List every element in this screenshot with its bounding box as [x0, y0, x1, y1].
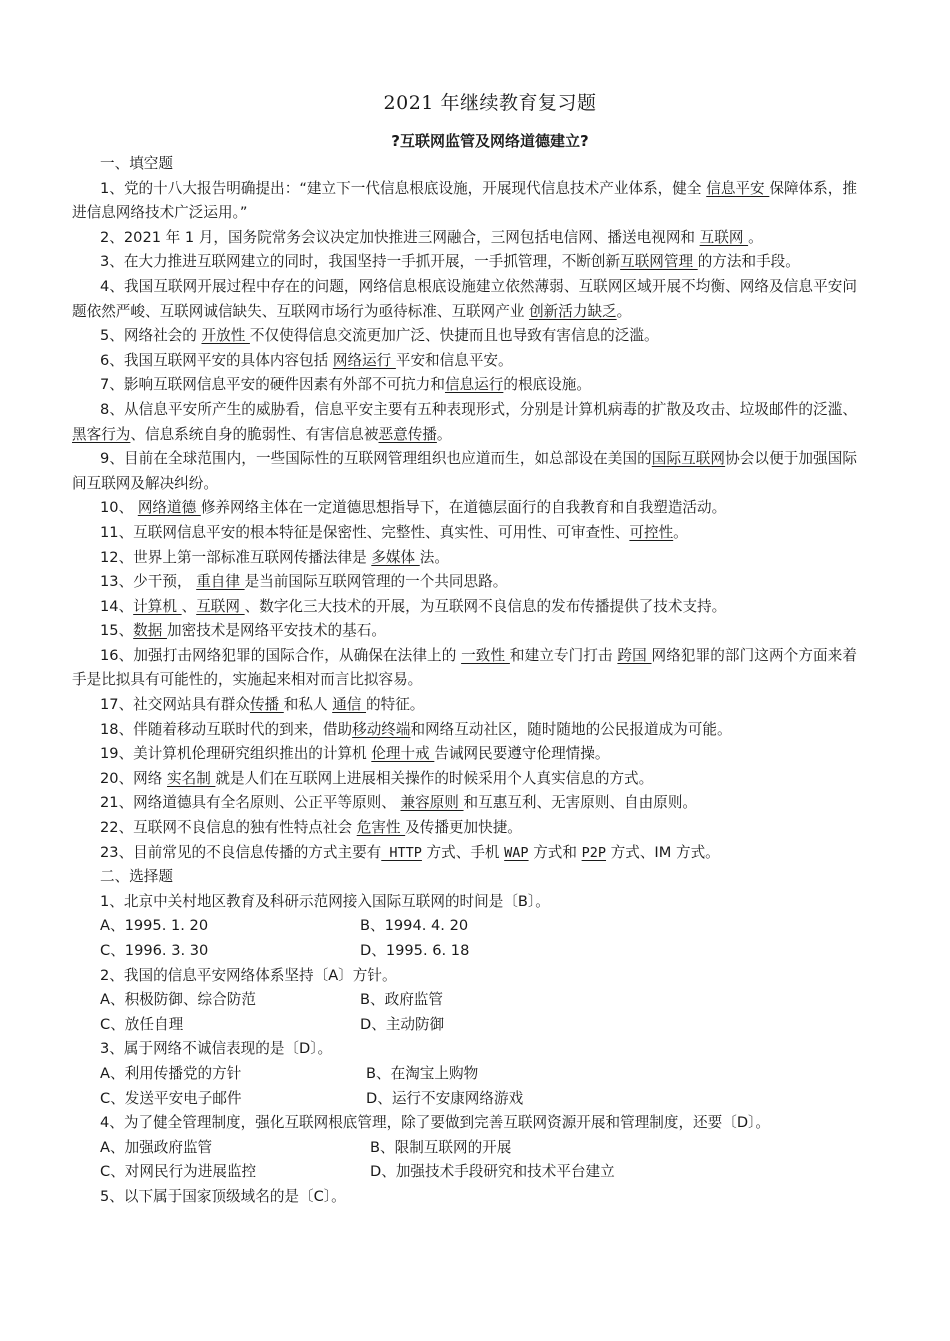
item-text: 加强打击网络犯罪的国际合作，从确保在法律上的 — [133, 647, 461, 664]
answer-blank: HTTP — [381, 845, 422, 861]
answer-blank: 互联网 — [196, 598, 244, 615]
item-text: 。 — [673, 524, 688, 541]
answer-blank: 黑客行为 — [72, 426, 130, 443]
fill-blank-item: 14、计算机 、互联网 、数字化三大技术的开展，为互联网不良信息的发布传播提供了… — [72, 595, 857, 620]
item-text: 。 — [437, 426, 452, 443]
answer-blank: 可控性 — [629, 524, 673, 541]
item-text: 、数字化三大技术的开展，为互联网不良信息的发布传播提供了技术支持。 — [245, 598, 727, 615]
option-row: A、积极防御、综合防范B、政府监管 — [72, 988, 857, 1013]
option-a: A、积极防御、综合防范 — [100, 988, 360, 1013]
item-number: 22、 — [100, 819, 133, 836]
item-text: 方式和 — [529, 844, 582, 861]
fill-blank-item: 2、2021 年 1 月，国务院常务会议决定加快推进三网融合，三网包括电信网、播… — [72, 226, 857, 251]
fill-blank-item: 22、互联网不良信息的独有性特点社会 危害性 及传播更加快捷。 — [72, 816, 857, 841]
answer-blank: 创新活力缺乏 — [529, 303, 617, 320]
item-text: 我国互联网开展过程中存在的问题，网络信息根底设施建立依然薄弱、互联网区域开展不均… — [72, 278, 857, 320]
item-number: 16、 — [100, 647, 133, 664]
item-text: 我国互联网平安的具体内容包括 — [124, 352, 333, 369]
answer-blank: 一致性 — [461, 647, 510, 664]
fill-blank-item: 12、世界上第一部标准互联网传播法律是 多媒体 法。 — [72, 546, 857, 571]
item-text: 网络道德具有全名原则、公正平等原则、 — [133, 794, 400, 811]
fill-blank-list: 1、党的十八大报告明确提出：“建立下一代信息根底设施，开展现代信息技术产业体系，… — [72, 177, 857, 866]
item-text: 方式、手机 — [422, 844, 504, 861]
document-body: 一、填空题 1、党的十八大报告明确提出：“建立下一代信息根底设施，开展现代信息技… — [72, 152, 857, 1210]
option-row: C、发送平安电子邮件D、运行不安康网络游戏 — [72, 1087, 857, 1112]
option-c: C、发送平安电子邮件 — [100, 1087, 366, 1112]
item-text: 和网络互动社区，随时随地的公民报道成为可能。 — [410, 721, 731, 738]
option-a: A、1995. 1. 20 — [100, 914, 360, 939]
question-stem: 5、以下属于国家顶级域名的是〔C〕。 — [72, 1185, 857, 1210]
item-text: 。 — [617, 303, 632, 320]
option-row: C、对网民行为进展监控D、加强技术手段研究和技术平台建立 — [72, 1160, 857, 1185]
option-row: A、加强政府监管B、限制互联网的开展 — [72, 1136, 857, 1161]
fill-blank-item: 5、网络社会的 开放性 不仅使得信息交流更加广泛、快捷而且也导致有害信息的泛滥。 — [72, 324, 857, 349]
item-text: 党的十八大报告明确提出：“建立下一代信息根底设施，开展现代信息技术产业体系，健全 — [124, 180, 706, 197]
item-text: 是当前国际互联网管理的一个共同思路。 — [245, 573, 508, 590]
item-number: 12、 — [100, 549, 133, 566]
fill-blank-item: 8、从信息平安所产生的威胁看，信息平安主要有五种表现形式，分别是计算机病毒的扩散… — [72, 398, 857, 447]
option-row: C、1996. 3. 30D、1995. 6. 18 — [72, 939, 857, 964]
item-number: 7、 — [100, 376, 124, 393]
answer-blank: 实名制 — [167, 770, 215, 787]
item-number: 9、 — [100, 450, 124, 467]
fill-blank-item: 15、数据 加密技术是网络平安技术的基石。 — [72, 619, 857, 644]
item-number: 21、 — [100, 794, 133, 811]
item-number: 2、 — [100, 229, 124, 246]
answer-blank: P2P — [582, 845, 606, 861]
item-number: 18、 — [100, 721, 133, 738]
item-text: 平安和信息平安。 — [396, 352, 513, 369]
answer-blank: 重自律 — [196, 573, 244, 590]
option-c: C、放任自理 — [100, 1013, 360, 1038]
option-b: B、在淘宝上购物 — [366, 1062, 857, 1087]
fill-blank-item: 13、少干预， 重自律 是当前国际互联网管理的一个共同思路。 — [72, 570, 857, 595]
item-number: 23、 — [100, 844, 133, 861]
item-text: 互联网信息平安的根本特征是保密性、完整性、真实性、可用性、可审查性、 — [133, 524, 629, 541]
item-number: 10、 — [100, 499, 133, 516]
item-number: 8、 — [100, 401, 124, 418]
answer-blank: 计算机 — [133, 598, 181, 615]
option-row: A、1995. 1. 20B、1994. 4. 20 — [72, 914, 857, 939]
fill-blank-item: 11、互联网信息平安的根本特征是保密性、完整性、真实性、可用性、可审查性、可控性… — [72, 521, 857, 546]
item-text: 少干预， — [133, 573, 196, 590]
option-d: D、主动防御 — [360, 1013, 857, 1038]
item-number: 6、 — [100, 352, 124, 369]
option-c: C、1996. 3. 30 — [100, 939, 360, 964]
item-number: 1、 — [100, 180, 124, 197]
item-text: 就是人们在互联网上进展相关操作的时候采用个人真实信息的方式。 — [215, 770, 653, 787]
option-b: B、限制互联网的开展 — [370, 1136, 857, 1161]
option-a: A、加强政府监管 — [100, 1136, 370, 1161]
answer-blank: 多媒体 — [371, 549, 419, 566]
fill-blank-item: 3、在大力推进互联网建立的同时，我国坚持一手抓开展，一手抓管理，不断创新互联网管… — [72, 250, 857, 275]
section-heading-choice: 二、选择题 — [72, 865, 857, 890]
item-text: 和互惠互利、无害原则、自由原则。 — [464, 794, 698, 811]
option-d: D、加强技术手段研究和技术平台建立 — [370, 1160, 857, 1185]
question-stem: 4、为了健全管理制度，强化互联网根底管理，除了要做到完善互联网资源开展和管理制度… — [72, 1111, 857, 1136]
option-c: C、对网民行为进展监控 — [100, 1160, 370, 1185]
answer-blank: WAP — [504, 845, 528, 861]
question-stem: 1、北京中关村地区教育及科研示范网接入国际互联网的时间是〔B〕。 — [72, 890, 857, 915]
item-text: 的根底设施。 — [503, 376, 591, 393]
item-number: 14、 — [100, 598, 133, 615]
item-number: 5、 — [100, 327, 124, 344]
item-text: 不仅使得信息交流更加广泛、快捷而且也导致有害信息的泛滥。 — [250, 327, 659, 344]
question-stem: 3、属于网络不诚信表现的是〔D〕。 — [72, 1037, 857, 1062]
item-text: 社交网站具有群众 — [133, 696, 250, 713]
fill-blank-item: 17、社交网站具有群众传播 和私人 通信 的特征。 — [72, 693, 857, 718]
answer-blank: 兼容原则 — [401, 794, 464, 811]
item-number: 19、 — [100, 745, 133, 762]
item-text: 美计算机伦理研究组织推出的计算机 — [133, 745, 371, 762]
fill-blank-item: 16、加强打击网络犯罪的国际合作，从确保在法律上的 一致性 和建立专门打击 跨国… — [72, 644, 857, 693]
answer-blank: 互联网管理 — [620, 253, 698, 270]
answer-blank: 跨国 — [617, 647, 651, 664]
question-stem: 2、我国的信息平安网络体系坚持〔A〕方针。 — [72, 964, 857, 989]
item-text: 互联网不良信息的独有性特点社会 — [133, 819, 357, 836]
item-number: 20、 — [100, 770, 133, 787]
item-text: 和建立专门打击 — [510, 647, 618, 664]
fill-blank-item: 10、 网络道德 修养网络主体在一定道德思想指导下，在道德层面行的自我教育和自我… — [72, 496, 857, 521]
document-title: 2021 年继续教育复习题 — [0, 88, 950, 115]
item-text: 目前常见的不良信息传播的方式主要有 — [133, 844, 381, 861]
option-d: D、1995. 6. 18 — [360, 939, 857, 964]
fill-blank-item: 23、目前常见的不良信息传播的方式主要有 HTTP 方式、手机 WAP 方式和 … — [72, 841, 857, 866]
answer-blank: 网络道德 — [138, 499, 201, 516]
fill-blank-item: 20、网络 实名制 就是人们在互联网上进展相关操作的时候采用个人真实信息的方式。 — [72, 767, 857, 792]
item-text: 、 — [182, 598, 197, 615]
answer-blank: 伦理十戒 — [371, 745, 434, 762]
item-text: 加密技术是网络平安技术的基石。 — [167, 622, 386, 639]
option-d: D、运行不安康网络游戏 — [366, 1087, 857, 1112]
item-number: 4、 — [100, 278, 124, 295]
answer-blank: 信息运行 — [445, 376, 503, 393]
section-heading-fill-blank: 一、填空题 — [72, 152, 857, 177]
item-text: 目前在全球范围内，一些国际性的互联网管理组织也应道而生，如总部设在美国的 — [124, 450, 652, 467]
item-text: 伴随着移动互联时代的到来，借助 — [133, 721, 352, 738]
option-b: B、政府监管 — [360, 988, 857, 1013]
document-page: 2021 年继续教育复习题 ?互联网监管及网络道德建立? 一、填空题 1、党的十… — [0, 0, 950, 1341]
item-text: 和私人 — [284, 696, 332, 713]
item-text: 从信息平安所产生的威胁看，信息平安主要有五种表现形式，分别是计算机病毒的扩散及攻… — [124, 401, 857, 418]
option-row: A、利用传播党的方针B、在淘宝上购物 — [72, 1062, 857, 1087]
item-text: 网络 — [133, 770, 167, 787]
option-row: C、放任自理D、主动防御 — [72, 1013, 857, 1038]
item-text: 网络社会的 — [124, 327, 202, 344]
fill-blank-item: 1、党的十八大报告明确提出：“建立下一代信息根底设施，开展现代信息技术产业体系，… — [72, 177, 857, 226]
choice-question-list: 1、北京中关村地区教育及科研示范网接入国际互联网的时间是〔B〕。A、1995. … — [72, 890, 857, 1210]
item-number: 3、 — [100, 253, 124, 270]
item-text: 法。 — [420, 549, 449, 566]
item-text: 告诫网民要遵守伦理情操。 — [434, 745, 609, 762]
fill-blank-item: 21、网络道德具有全名原则、公正平等原则、 兼容原则 和互惠互利、无害原则、自由… — [72, 791, 857, 816]
answer-blank: 开放性 — [202, 327, 250, 344]
answer-blank: 数据 — [133, 622, 167, 639]
option-a: A、利用传播党的方针 — [100, 1062, 366, 1087]
item-text: 在大力推进互联网建立的同时，我国坚持一手抓开展，一手抓管理，不断创新 — [124, 253, 620, 270]
item-text: 修养网络主体在一定道德思想指导下，在道德层面行的自我教育和自我塑造活动。 — [201, 499, 726, 516]
item-text: 方式、IM 方式。 — [606, 844, 720, 861]
answer-blank: 网络运行 — [333, 352, 396, 369]
item-number: 13、 — [100, 573, 133, 590]
answer-blank: 通信 — [332, 696, 366, 713]
item-number: 17、 — [100, 696, 133, 713]
fill-blank-item: 4、我国互联网开展过程中存在的问题，网络信息根底设施建立依然薄弱、互联网区域开展… — [72, 275, 857, 324]
fill-blank-item: 6、我国互联网平安的具体内容包括 网络运行 平安和信息平安。 — [72, 349, 857, 374]
option-b: B、1994. 4. 20 — [360, 914, 857, 939]
fill-blank-item: 9、目前在全球范围内，一些国际性的互联网管理组织也应道而生，如总部设在美国的国际… — [72, 447, 857, 496]
fill-blank-item: 18、伴随着移动互联时代的到来，借助移动终端和网络互动社区，随时随地的公民报道成… — [72, 718, 857, 743]
answer-blank: 信息平安 — [706, 180, 769, 197]
item-text: 。 — [748, 229, 763, 246]
item-text: 及传播更加快捷。 — [405, 819, 522, 836]
item-text: 2021 年 1 月，国务院常务会议决定加快推进三网融合，三网包括电信网、播送电… — [124, 229, 700, 246]
item-text: 世界上第一部标准互联网传播法律是 — [133, 549, 371, 566]
answer-blank: 传播 — [250, 696, 284, 713]
answer-blank: 互联网 — [700, 229, 748, 246]
answer-blank: 危害性 — [357, 819, 405, 836]
fill-blank-item: 7、影响互联网信息平安的硬件因素有外部不可抗力和信息运行的根底设施。 — [72, 373, 857, 398]
item-text: 、信息系统自身的脆弱性、有害信息被 — [130, 426, 378, 443]
item-text: 的特征。 — [366, 696, 424, 713]
answer-blank: 恶意传播 — [379, 426, 437, 443]
answer-blank: 移动终端 — [352, 721, 410, 738]
item-number: 11、 — [100, 524, 133, 541]
document-subtitle: ?互联网监管及网络道德建立? — [0, 130, 950, 151]
answer-blank: 国际互联网 — [652, 450, 725, 467]
item-text: 的方法和手段。 — [698, 253, 800, 270]
fill-blank-item: 19、美计算机伦理研究组织推出的计算机 伦理十戒 告诫网民要遵守伦理情操。 — [72, 742, 857, 767]
item-text: 影响互联网信息平安的硬件因素有外部不可抗力和 — [124, 376, 445, 393]
item-number: 15、 — [100, 622, 133, 639]
